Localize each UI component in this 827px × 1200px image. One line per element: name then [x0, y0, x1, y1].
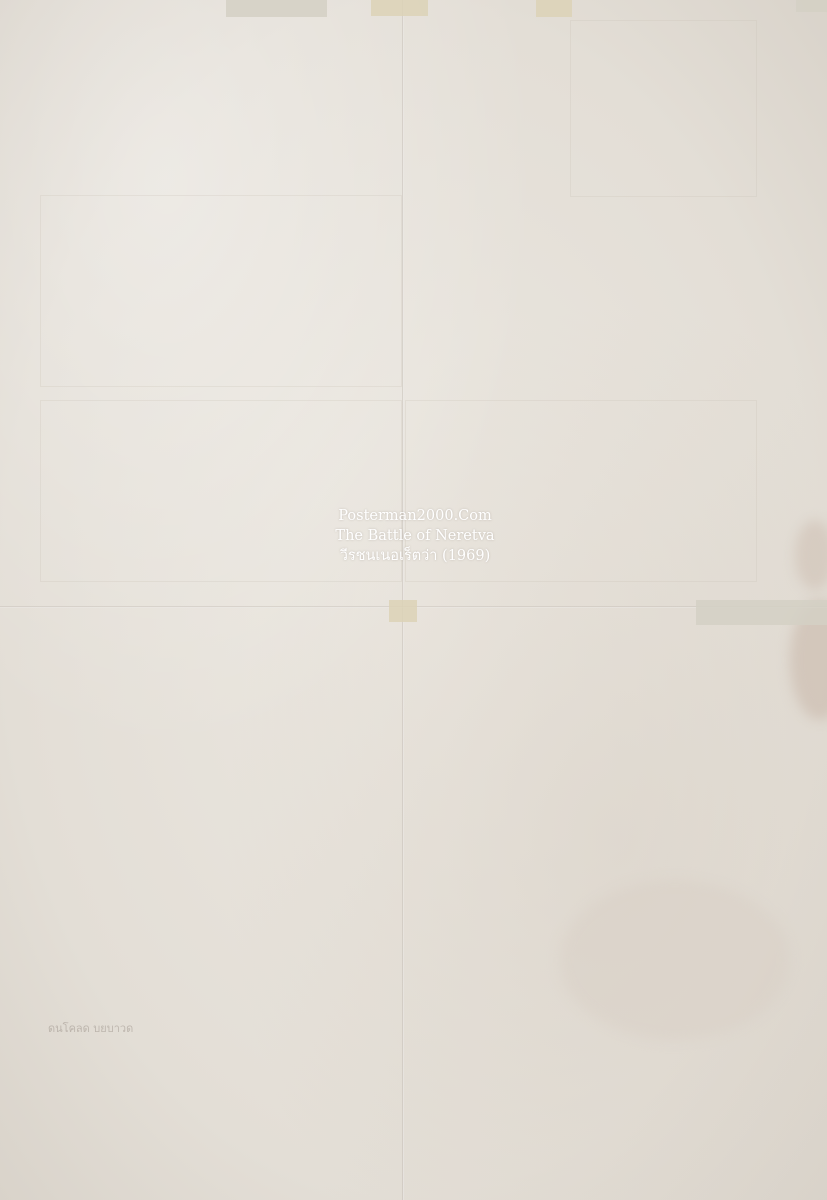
watermark: Posterman2000.Com The Battle of Neretva … — [300, 506, 530, 566]
watermark-thai-title: วีรชนเนอเร็ตว่า (1969) — [300, 546, 530, 566]
poster-back: ดนโคลด บยบาวด Posterman2000.Com The Batt… — [0, 0, 827, 1200]
bleed-through-text: ดนโคลด บยบาวด — [48, 1020, 133, 1038]
stain-right-mid — [795, 520, 827, 590]
watermark-site: Posterman2000.Com — [300, 506, 530, 526]
tape-right-fold — [696, 600, 827, 625]
tape-top-center — [371, 0, 428, 16]
tape-top-left — [226, 0, 327, 17]
tape-top-corner — [796, 0, 827, 12]
stain-bottom-right — [560, 880, 790, 1040]
tape-center-fold — [389, 600, 417, 622]
ghost-panel-top-left — [40, 195, 402, 387]
watermark-title: The Battle of Neretva — [300, 526, 530, 546]
tape-top-right — [536, 0, 572, 17]
bleed-through-line-1: ดนโคลด บยบาวด — [48, 1020, 133, 1038]
ghost-panel-top-right — [570, 20, 757, 197]
